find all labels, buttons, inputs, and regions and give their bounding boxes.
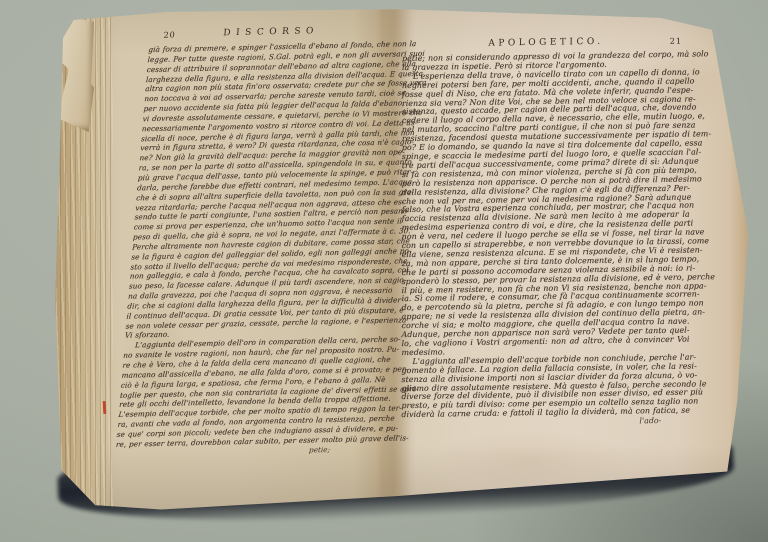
left-page: 20 DISCORSO già forza di premere, e spin… — [115, 24, 393, 460]
right-page-number: 21 — [670, 37, 682, 46]
paper-stain — [430, 430, 630, 490]
right-running-header: APOLOGETICO. — [402, 35, 690, 50]
photo-of-open-book: 20 DISCORSO già forza di premere, e spin… — [0, 0, 768, 542]
torn-corner-flap — [56, 16, 94, 132]
left-running-header: DISCORSO — [149, 24, 393, 40]
open-book: 20 DISCORSO già forza di premere, e spin… — [0, 0, 768, 542]
right-page-text: petie; non si considerando appresso di v… — [401, 50, 690, 420]
left-page-text: già forza di premere, e spinger l'assice… — [116, 40, 392, 450]
right-page: APOLOGETICO. 21 petie; non si consideran… — [401, 35, 690, 430]
